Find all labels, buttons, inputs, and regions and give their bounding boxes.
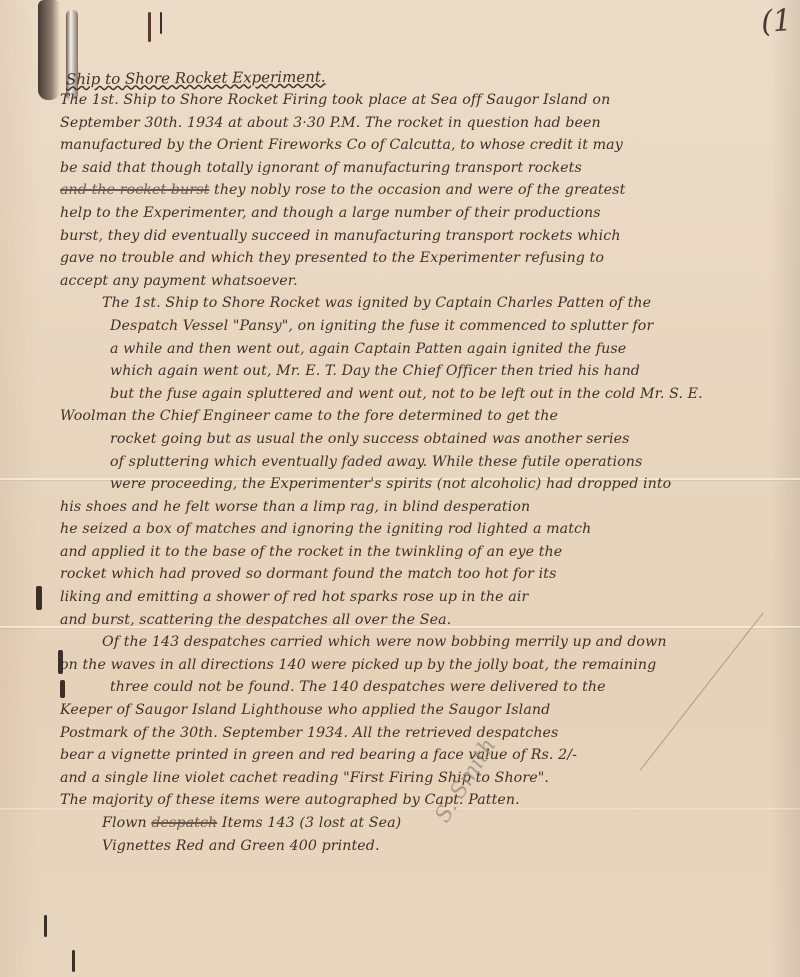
ink-mark bbox=[44, 915, 47, 937]
summary-vignettes: Vignettes Red and Green 400 printed. bbox=[102, 835, 760, 858]
text-line: September 30th. 1934 at about 3·30 P.M. … bbox=[60, 112, 760, 135]
text-line: were proceeding, the Experimenter's spir… bbox=[60, 473, 760, 496]
text-line: The 1st. Ship to Shore Rocket Firing too… bbox=[60, 89, 760, 112]
text-line: be said that though totally ignorant of … bbox=[60, 157, 760, 180]
text-line: rocket which had proved so dormant found… bbox=[60, 563, 760, 586]
text-line: Postmark of the 30th. September 1934. Al… bbox=[60, 722, 760, 745]
text-line: gave no trouble and which they presented… bbox=[60, 247, 760, 270]
text-line: three could not be found. The 140 despat… bbox=[60, 676, 760, 699]
text-line: Of the 143 despatches carried which were… bbox=[60, 631, 760, 654]
handwritten-letter: Ship to Shore Rocket Experiment. The 1st… bbox=[60, 68, 760, 857]
text-line: Keeper of Saugor Island Lighthouse who a… bbox=[60, 699, 760, 722]
text-line: a while and then went out, again Captain… bbox=[60, 338, 760, 361]
struck-text: and the rocket burst bbox=[60, 182, 209, 198]
text-line: of spluttering which eventually faded aw… bbox=[60, 451, 760, 474]
text-line: he seized a box of matches and ignoring … bbox=[60, 518, 760, 541]
text-line: liking and emitting a shower of red hot … bbox=[60, 586, 760, 609]
text-line: burst, they did eventually succeed in ma… bbox=[60, 225, 760, 248]
ink-mark bbox=[148, 12, 151, 42]
text-line: accept any payment whatsoever. bbox=[60, 270, 760, 293]
text-line: Despatch Vessel "Pansy", on igniting the… bbox=[60, 315, 760, 338]
ink-mark bbox=[72, 950, 75, 972]
text-line: help to the Experimenter, and though a l… bbox=[60, 202, 760, 225]
page-number: (1 bbox=[760, 3, 793, 40]
text-line: The 1st. Ship to Shore Rocket was ignite… bbox=[60, 292, 760, 315]
text-line: Woolman the Chief Engineer came to the f… bbox=[60, 405, 760, 428]
text-line: his shoes and he felt worse than a limp … bbox=[60, 496, 760, 519]
document-title: Ship to Shore Rocket Experiment. bbox=[66, 68, 326, 89]
text-line: and the rocket burst they nobly rose to … bbox=[60, 179, 760, 202]
text-line: rocket going but as usual the only succe… bbox=[60, 428, 760, 451]
text-line: but the fuse again spluttered and went o… bbox=[60, 383, 760, 406]
ink-mark bbox=[160, 12, 162, 34]
binder-stain bbox=[38, 0, 60, 100]
paragraph-1: The 1st. Ship to Shore Rocket Firing too… bbox=[60, 89, 760, 292]
text-line: which again went out, Mr. E. T. Day the … bbox=[60, 360, 760, 383]
text-line: and applied it to the base of the rocket… bbox=[60, 541, 760, 564]
paragraph-2: The 1st. Ship to Shore Rocket was ignite… bbox=[60, 292, 760, 631]
text-line: and burst, scattering the despatches all… bbox=[60, 609, 760, 632]
text-line: on the waves in all directions 140 were … bbox=[60, 654, 760, 677]
ink-mark bbox=[36, 586, 42, 610]
text-line: manufactured by the Orient Fireworks Co … bbox=[60, 134, 760, 157]
